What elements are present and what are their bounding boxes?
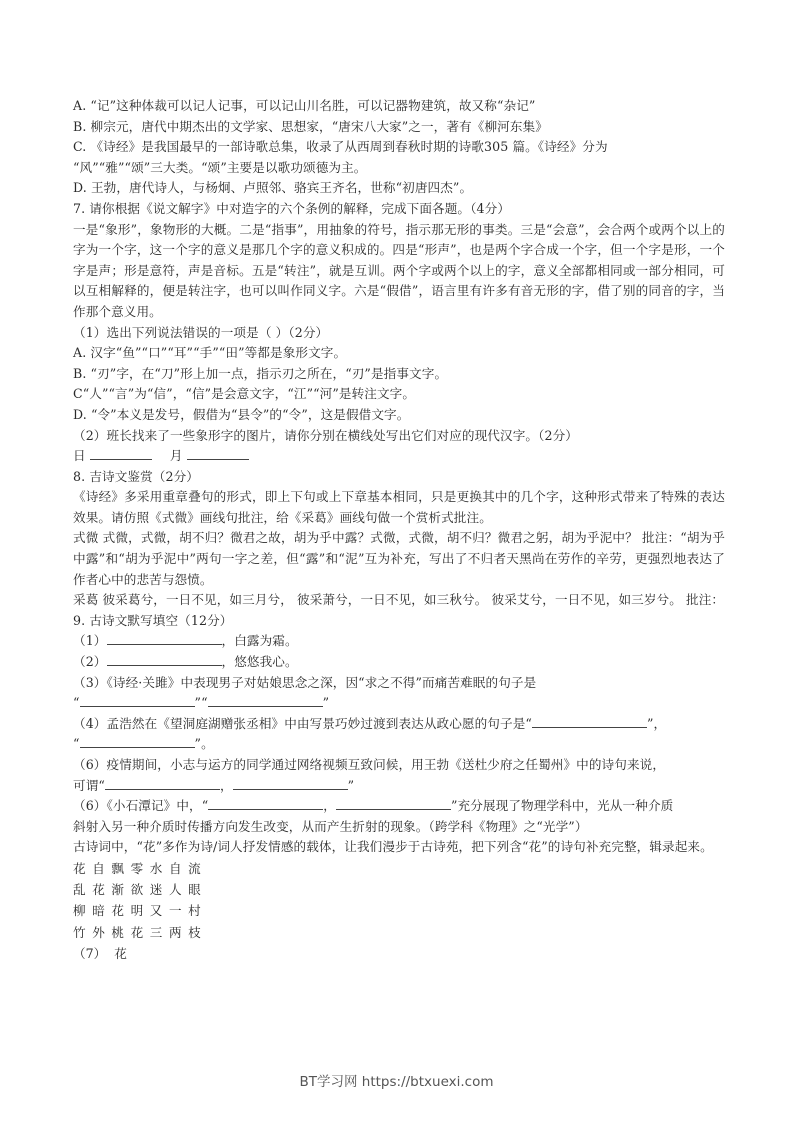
option-c: C. 《诗经》是我国最早的一部诗歌总集，收录了从西周到春秋时期的诗歌305 篇。… — [73, 137, 725, 158]
grid-char: 花 — [131, 922, 150, 943]
grid-char: 花 — [92, 879, 111, 900]
answer-blank[interactable] — [208, 797, 323, 810]
q7-option-b: B. “刃”字，在“刀”形上加一点，指示刃之所在，“刃”是指事文字。 — [73, 364, 725, 385]
q9-title: 9. 古诗文默写填空（12分） — [73, 611, 725, 632]
answer-blank[interactable] — [90, 447, 152, 460]
grid-char: 迷 — [150, 879, 169, 900]
grid-char: 暗 — [92, 900, 111, 921]
grid-char: 渐 — [111, 879, 130, 900]
option-a: A. “记”这种体裁可以记人记事，可以记山川名胜，可以记器物建筑，故又称“杂记” — [73, 96, 725, 117]
grid-char: 欲 — [131, 879, 150, 900]
document-page: A. “记”这种体裁可以记人记事，可以记山川名胜，可以记器物建筑，故又称“杂记”… — [73, 96, 725, 964]
grid-char: 自 — [92, 858, 111, 879]
q7-sub1: （1）选出下列说法错误的一项是（ ）（2分） — [73, 323, 725, 344]
q9-item-2: （2），悠悠我心。 — [73, 652, 725, 673]
flower-poem-grid: 花自飘零水自流 乱花渐欲迷人眼 柳暗花明又一村 竹外桃花三两枝 （7） 花 — [73, 858, 725, 964]
item-text: ，白露为霜。 — [222, 633, 298, 648]
grid-char: 零 — [131, 858, 150, 879]
grid-row: 乱花渐欲迷人眼 — [73, 879, 725, 900]
grid-row: 柳暗花明又一村 — [73, 900, 725, 921]
answer-blank[interactable] — [80, 694, 195, 707]
answer-blank[interactable] — [532, 715, 647, 728]
item-number: （2） — [73, 654, 107, 669]
answer-blank[interactable] — [107, 653, 222, 666]
grid-char: 一 — [169, 900, 188, 921]
grid-char: 乱 — [73, 879, 92, 900]
q7-option-d: D. “令”本义是发号，假借为“县令”的“令”，这是假借文字。 — [73, 405, 725, 426]
item-text: （6）《小石潭记》中，“ — [73, 798, 208, 813]
grid-char: 明 — [131, 900, 150, 921]
grid-char: 飘 — [111, 858, 130, 879]
answer-blank[interactable] — [107, 632, 222, 645]
item-text: ”充分展现了物理学科中，光从一种介质 — [451, 798, 673, 813]
answer-blank[interactable] — [187, 447, 249, 460]
answer-blank[interactable] — [336, 797, 451, 810]
q9-item-5: （6）疫情期间，小志与运方的同学通过网络视频互致问候，用王勃《送杜少府之任蜀州》… — [73, 755, 725, 776]
grid-char: 柳 — [73, 900, 92, 921]
grid-char: 三 — [150, 922, 169, 943]
q7-option-c: C“人”“言”为“信”，“信”是会意文字，“江”“河”是转注文字。 — [73, 384, 725, 405]
grid-char: 桃 — [111, 922, 130, 943]
option-b: B. 柳宗元，唐代中期杰出的文学家、思想家，“唐宋八大家”之一，著有《柳河东集》 — [73, 117, 725, 138]
answer-blank[interactable] — [80, 735, 195, 748]
q9-item-3: （3）《诗经·关雎》中表现男子对姑娘思念之深，因“求之不得”而痛苦难眠的句子是 — [73, 673, 725, 694]
footer-watermark: BT学习网 https://btxuexi.com — [0, 1070, 793, 1090]
q9-item-5-blanks: 可谓“，” — [73, 776, 725, 797]
q7-sub2: （2）班长找来了一些象形字的图片，请你分别在横线处写出它们对应的现代汉字。（2分… — [73, 426, 725, 447]
item-text: ，悠悠我心。 — [222, 654, 298, 669]
grid-char: 自 — [169, 858, 188, 879]
grid-char: 流 — [188, 858, 207, 879]
q7-option-a: A. 汉字“鱼”“口”“耳”“手”“田”等都是象形文字。 — [73, 343, 725, 364]
item-number: （1） — [73, 633, 107, 648]
grid-char: 花 — [73, 858, 92, 879]
option-d: D. 王勃，唐代诗人，与杨炯、卢照邻、骆宾王齐名，世称“初唐四杰”。 — [73, 178, 725, 199]
pictograph-label-1: 日 — [73, 448, 86, 463]
pictograph-label-2: 月 — [170, 448, 183, 463]
q9-item-3-blanks: “”“” — [73, 693, 725, 714]
grid-char: 枝 — [188, 922, 207, 943]
grid-char: 水 — [150, 858, 169, 879]
grid-char: 人 — [169, 879, 188, 900]
q8-caige: 采葛 彼采葛兮，一日不见，如三月兮， 彼采萧兮，一日不见，如三秋兮。 彼采艾兮，… — [73, 590, 725, 611]
answer-blank[interactable] — [233, 777, 348, 790]
q8-title: 8. 吉诗文鉴赏（2分） — [73, 467, 725, 488]
q9-item-1: （1），白露为霜。 — [73, 631, 725, 652]
q8-intro: 《诗经》多采用重章叠句的形式，即上下句或上下章基本相同，只是更换其中的几个字，这… — [73, 487, 725, 528]
q8-shiwei: 式微 式微，式微，胡不归？微君之故，胡为乎中露？式微，式微，胡不归？微君之躬，胡… — [73, 528, 725, 590]
q7-title: 7. 请你根据《说文解字》中对造字的六个条例的解释，完成下面各题。（4分） — [73, 199, 725, 220]
option-c-cont: “风”“雅”“颂”三大类。“颂”主要是以歌功颂德为主。 — [73, 158, 725, 179]
q7-passage: 一是“象形”，象物形的大概。二是“指事”，用抽象的符号，指示那无形的事类。三是“… — [73, 220, 725, 323]
grid-char: 外 — [92, 922, 111, 943]
grid-row: 竹外桃花三两枝 — [73, 922, 725, 943]
item-text: 可谓“ — [73, 778, 105, 793]
grid-char: 竹 — [73, 922, 92, 943]
q9-item-4-blank: “”。 — [73, 734, 725, 755]
q9-item-6: （6）《小石潭记》中，“，”充分展现了物理学科中，光从一种介质 — [73, 796, 725, 817]
item-number: （7） — [73, 946, 106, 961]
flower-intro: 古诗词中，“花”多作为诗/词人抒发情感的载体，让我们漫步于古诗苑，把下列含“花”… — [73, 837, 725, 858]
q9-item-4: （4）孟浩然在《望洞庭湖赠张丞相》中由写景巧妙过渡到表达从政心愿的句子是“”， — [73, 714, 725, 735]
grid-char: 两 — [169, 922, 188, 943]
grid-char: 又 — [150, 900, 169, 921]
q7-pictograph-answers: 日 月 — [73, 446, 725, 467]
item-text: （4）孟浩然在《望洞庭湖赠张丞相》中由写景巧妙过渡到表达从政心愿的句子是“ — [73, 716, 532, 731]
grid-row: 花自飘零水自流 — [73, 858, 725, 879]
q9-item-7: （7） 花 — [73, 943, 725, 964]
grid-char: 花 — [111, 900, 130, 921]
answer-blank[interactable] — [208, 694, 323, 707]
grid-char: 眼 — [188, 879, 207, 900]
answer-blank[interactable] — [105, 777, 220, 790]
grid-char: 村 — [188, 900, 207, 921]
q9-item-6-line2: 斜射入另一种介质时传播方向发生改变，从而产生折射的现象。（跨学科《物理》之“光学… — [73, 817, 725, 838]
grid-char: 花 — [114, 946, 127, 961]
